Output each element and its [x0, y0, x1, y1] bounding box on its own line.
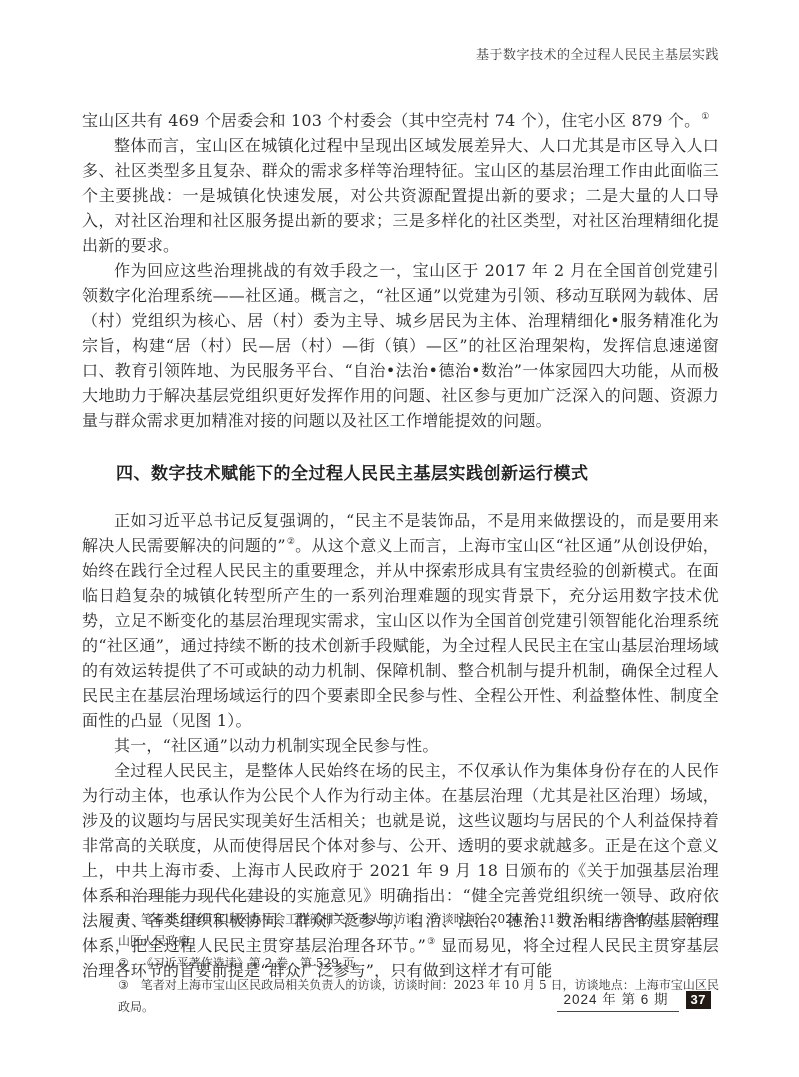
footnote-item: ②《习近平著作选读》第 2 卷，第 529 页。	[82, 952, 719, 974]
running-header: 基于数字技术的全过程人民民主基层实践	[82, 44, 719, 63]
paragraph-text: 其一，“社区通”以动力机制实现全民参与性。	[114, 736, 439, 755]
page-footer: 2024 年 第 6 期 37	[557, 988, 711, 1012]
paragraph-shequtong-intro: 作为回应这些治理挑战的有效手段之一，宝山区于 2017 年 2 月在全国首创党建…	[82, 258, 719, 433]
paragraph-continuation: 宝山区共有 469 个居委会和 103 个村委会（其中空壳村 74 个），住宅小…	[82, 108, 719, 133]
footnote-text: 《习近平著作选读》第 2 卷，第 529 页。	[141, 956, 367, 970]
article-body: 宝山区共有 469 个居委会和 103 个村委会（其中空壳村 74 个），住宅小…	[82, 108, 719, 983]
footnote-ref-1: ①	[701, 112, 709, 122]
paragraph-text: 作为回应这些治理挑战的有效手段之一，宝山区于 2017 年 2 月在全国首创党建…	[82, 261, 719, 430]
paragraph-text: 。从这个意义上而言，上海市宝山区“社区通”从创设伊始，始终在践行全过程人民民主的…	[82, 536, 719, 730]
paragraph-text: 宝山区共有 469 个居委会和 103 个村委会（其中空壳村 74 个），住宅小…	[82, 111, 700, 130]
footnote-marker: ①	[118, 908, 129, 930]
running-title: 基于数字技术的全过程人民民主基层实践	[476, 47, 719, 62]
paragraph-challenges: 整体而言，宝山区在城镇化过程中呈现出区域发展差异大、人口尤其是市区导入人口多、社…	[82, 133, 719, 258]
footnote-marker: ②	[118, 952, 129, 974]
paragraph-mechanism-lead: 其一，“社区通”以动力机制实现全民参与性。	[82, 733, 719, 758]
footnote-marker: ③	[118, 974, 129, 996]
page-number-badge: 37	[686, 991, 711, 1009]
footnote-ref-2: ②	[287, 537, 295, 547]
paper-page: 基于数字技术的全过程人民民主基层实践 宝山区共有 469 个居委会和 103 个…	[0, 0, 799, 1077]
footnote-item: ①笔者对上海市宝山区委社会工作部相关负责人的访谈，访谈时间：2024 年 11 …	[82, 908, 719, 952]
paragraph-democracy-concept: 正如习近平总书记反复强调的，“民主不是装饰品，不是用来做摆设的，而是要用来解决人…	[82, 508, 719, 733]
footnote-text: 笔者对上海市宝山区委社会工作部相关负责人的访谈，访谈时间：2024 年 11 月…	[118, 912, 719, 948]
section-heading: 四、数字技术赋能下的全过程人民民主基层实践创新运行模式	[82, 459, 719, 484]
issue-label: 2024 年 第 6 期	[557, 988, 678, 1012]
paragraph-text: 整体而言，宝山区在城镇化过程中呈现出区域发展差异大、人口尤其是市区导入人口多、社…	[82, 136, 719, 255]
footnotes-separator	[106, 896, 273, 897]
